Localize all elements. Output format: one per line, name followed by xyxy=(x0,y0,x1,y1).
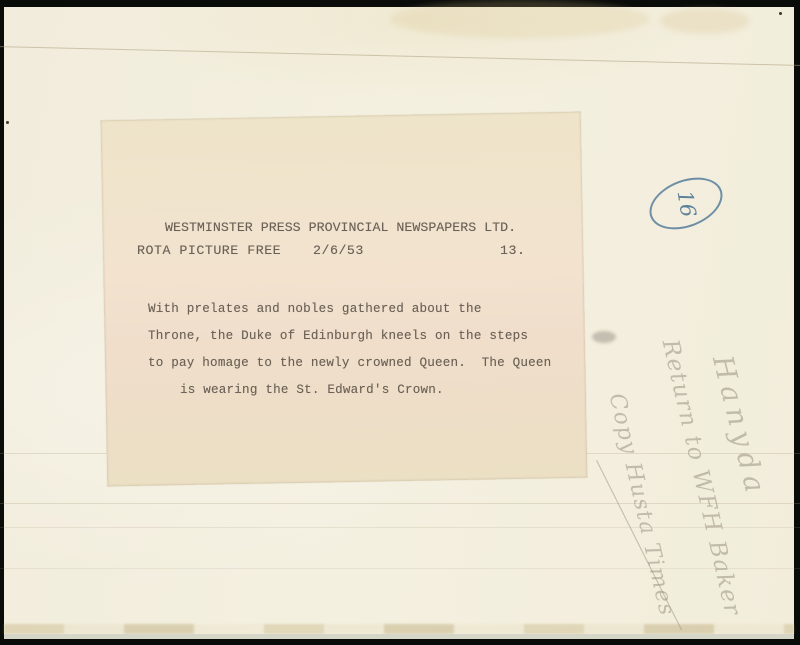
bottom-wear-smudge xyxy=(4,624,794,634)
paper-stain xyxy=(660,8,750,34)
caption-line: Throne, the Duke of Edinburgh kneels on … xyxy=(148,329,528,343)
picture-number: 13. xyxy=(500,243,525,258)
dust-speck xyxy=(6,121,9,124)
caption-line: With prelates and nobles gathered about … xyxy=(148,302,482,316)
caption-line: to pay homage to the newly crowned Queen… xyxy=(148,356,551,370)
dust-speck xyxy=(779,12,782,15)
paper-stain xyxy=(390,0,650,38)
bottom-edge-strip xyxy=(4,634,794,639)
paper-line xyxy=(0,503,800,504)
caption-line: is wearing the St. Edward's Crown. xyxy=(180,383,444,397)
circled-number-value: 16 xyxy=(672,188,700,218)
photo-back-scan: WESTMINSTER PRESS PROVINCIAL NEWSPAPERS … xyxy=(0,0,800,645)
date-stamp: 2/6/53 xyxy=(313,243,364,258)
agency-name: WESTMINSTER PRESS PROVINCIAL NEWSPAPERS … xyxy=(165,220,516,235)
gray-smudge xyxy=(592,331,616,343)
paper-line xyxy=(0,568,800,569)
typed-caption-label xyxy=(101,112,588,487)
rota-picture-free-label: ROTA PICTURE FREE xyxy=(137,243,281,258)
paper-line xyxy=(0,527,800,528)
